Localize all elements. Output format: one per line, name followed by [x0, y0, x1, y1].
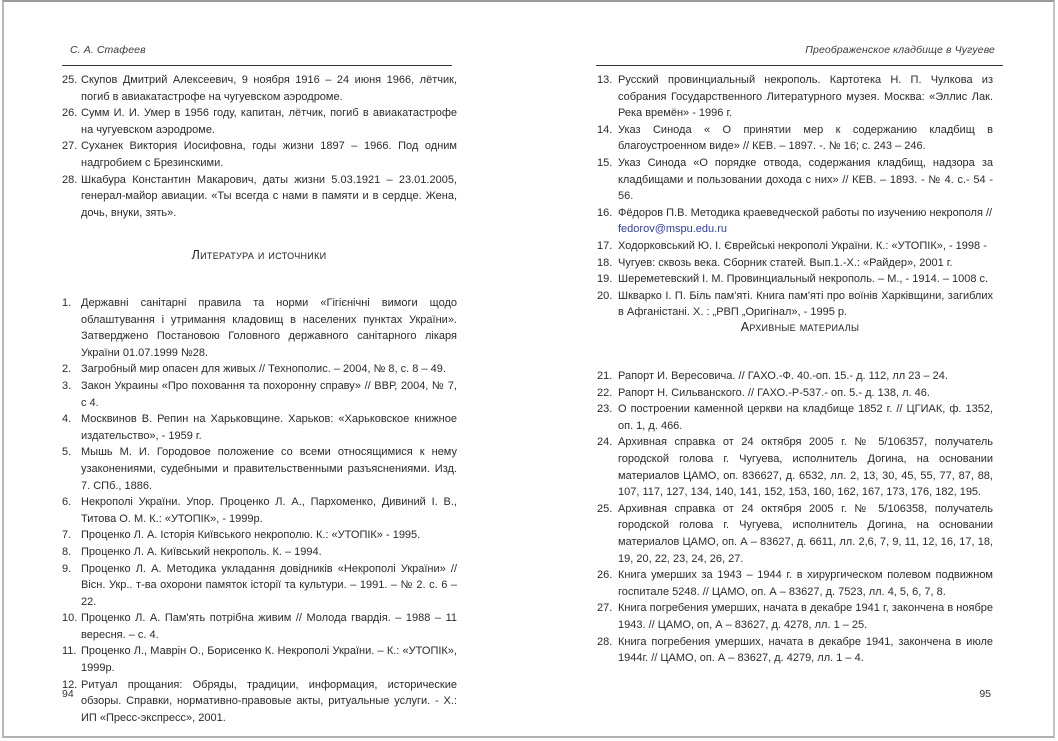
section-title-literature: Литература и источники — [62, 248, 456, 262]
reference-item: 12.Ритуал прощания: Обряды, традиции, ин… — [62, 677, 457, 727]
reference-item: 6.Некрополі України. Упор. Проценко Л. А… — [62, 494, 457, 527]
references-list-continued: 13.Русский провинциальный некрополь. Кар… — [597, 72, 993, 321]
running-head-author: С. А. Стафеев — [62, 44, 456, 56]
reference-item: 2.Загробный мир опасен для живых // Техн… — [62, 361, 457, 378]
reference-item: 13.Русский провинциальный некрополь. Кар… — [597, 72, 993, 122]
archive-item: 25.Архивная справка от 24 октября 2005 г… — [597, 501, 993, 567]
right-page: Преображенское кладбище в Чугуеве 13.Рус… — [597, 0, 1003, 741]
reference-item: 18.Чугуев: сквозь века. Сборник статей. … — [597, 255, 993, 272]
reference-item: 4.Москвинов В. Репин на Харьковщине. Хар… — [62, 411, 457, 444]
archive-item: 28.Книга погребения умерших, начата в де… — [597, 634, 993, 667]
archive-item: 23.О построении каменной церкви на кладб… — [597, 401, 993, 434]
page-number: 94 — [62, 688, 74, 700]
reference-item: 15.Указ Синода «О порядке отвода, содерж… — [597, 155, 993, 205]
list-item: 25.Скупов Дмитрий Алексеевич, 9 ноября 1… — [62, 72, 457, 105]
reference-item: 19.Шереметевский І. М. Провинциальный не… — [597, 271, 993, 288]
list-item: 26.Сумм И. И. Умер в 1956 году, капитан,… — [62, 105, 457, 138]
running-head-title: Преображенское кладбище в Чугуеве — [597, 44, 1003, 56]
reference-item: 5.Мышь М. И. Городовое положение со всем… — [62, 444, 457, 494]
reference-item: 7.Проценко Л. А. Історія Київського некр… — [62, 527, 457, 544]
archive-item: 26.Книга умерших за 1943 – 1944 г. в хир… — [597, 567, 993, 600]
reference-item: 14.Указ Синода « О принятии мер к содерж… — [597, 122, 993, 155]
header-rule — [596, 65, 1003, 66]
reference-item: 16.Фёдоров П.В. Методика краеведческой р… — [597, 205, 993, 238]
reference-item: 9.Проценко Л. А. Методика укладання дові… — [62, 561, 457, 611]
archive-item: 24.Архивная справка от 24 октября 2005 г… — [597, 434, 993, 500]
references-list: 1.Державні санітарні правила та норми «Г… — [62, 295, 456, 726]
reference-item: 17.Ходорковський Ю. І. Єврейські некропо… — [597, 238, 993, 255]
email-link[interactable]: fedorov@mspu.edu.ru — [618, 223, 727, 235]
archives-list: 21.Рапорт И. Вересовича. // ГАХО.-Ф. 40.… — [597, 368, 993, 667]
reference-item: 1.Державні санітарні правила та норми «Г… — [62, 295, 457, 361]
header-rule — [62, 65, 452, 66]
list-item: 28.Шкабура Константин Макарович, даты жи… — [62, 172, 457, 222]
reference-item: 3.Закон Украины «Про поховання та похоро… — [62, 378, 457, 411]
page-number: 95 — [979, 688, 991, 700]
left-page: С. А. Стафеев 25.Скупов Дмитрий Алексеев… — [62, 0, 456, 741]
archive-item: 21.Рапорт И. Вересовича. // ГАХО.-Ф. 40.… — [597, 368, 993, 385]
list-item: 27.Суханек Виктория Иосифовна, годы жизн… — [62, 138, 457, 171]
reference-item: 8.Проценко Л. А. Київський некрополь. К.… — [62, 544, 457, 561]
archive-item: 22.Рапорт Н. Сильванского. // ГАХО.-Р-53… — [597, 385, 993, 402]
reference-item: 20.Шкварко І. П. Біль пам'яті. Книга пам… — [597, 288, 993, 321]
continued-list: 25.Скупов Дмитрий Алексеевич, 9 ноября 1… — [62, 72, 456, 221]
section-title-archives: Архивные материалы — [597, 320, 1003, 334]
reference-item: 11.Проценко Л., Маврін О., Борисенко К. … — [62, 643, 457, 676]
reference-item: 10.Проценко Л. А. Пам'ять потрібна живим… — [62, 610, 457, 643]
archive-item: 27.Книга погребения умерших, начата в де… — [597, 600, 993, 633]
